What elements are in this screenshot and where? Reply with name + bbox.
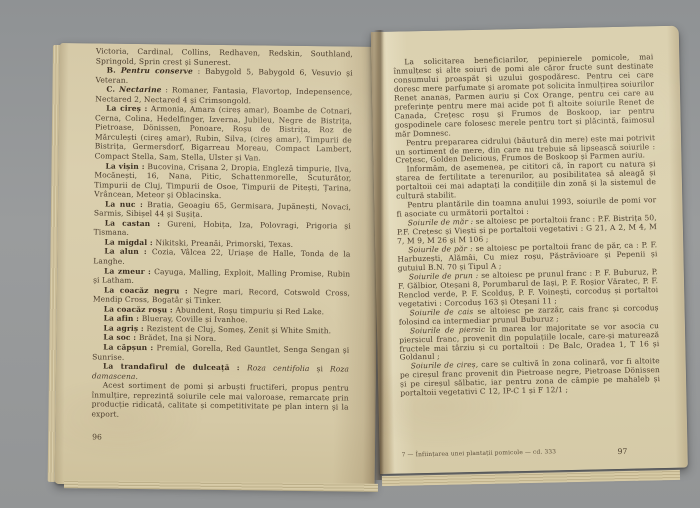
text-segment: La coacăz roșu : xyxy=(104,304,176,314)
text-segment: La căpșun : xyxy=(103,343,156,353)
text-segment: La migdal : xyxy=(105,237,156,247)
text-segment: Nectarine xyxy=(119,85,162,95)
text-segment: B. xyxy=(107,66,121,75)
right-page: La solicitarea beneficiarilor, pepiniere… xyxy=(371,26,688,474)
text-segment: La zmeur : xyxy=(104,266,154,276)
text-segment: La alun : xyxy=(104,247,151,257)
text-segment: Acest sortiment de pomi și arbuști fruct… xyxy=(91,381,348,419)
paragraph: Soiurile de cireș, care se cultivă în zo… xyxy=(400,358,661,399)
text-segment: La solicitarea beneficiarilor, pepiniere… xyxy=(393,52,654,138)
text-segment: La coacăz negru : xyxy=(104,285,193,295)
text-segment: Brădet, Ina și Nora. xyxy=(139,333,216,343)
text-segment: Victoria, Cardinal, Collins, Redhaven, R… xyxy=(96,46,353,66)
footer-note: 7 — Înființarea unei plantații pomicole … xyxy=(402,449,557,458)
left-page-text-column: Victoria, Cardinal, Collins, Redhaven, R… xyxy=(91,46,353,421)
left-page: Victoria, Cardinal, Collins, Redhaven, R… xyxy=(55,43,380,488)
paragraph: La solicitarea beneficiarilor, pepiniere… xyxy=(393,53,655,139)
text-segment: : xyxy=(193,67,205,76)
book-scan: Victoria, Cardinal, Collins, Redhaven, R… xyxy=(0,0,700,508)
stacked-page-edges-left xyxy=(48,45,60,482)
page-number-right: 97 xyxy=(617,447,627,456)
paragraph: La cireș : Armonia, Amara (cireș amar), … xyxy=(95,104,353,164)
text-segment: La vișin : xyxy=(105,161,147,171)
text-segment: La castan : xyxy=(105,218,168,228)
text-segment: La soc : xyxy=(103,333,139,342)
paragraph: Acest sortiment de pomi și arbuști fruct… xyxy=(91,381,348,422)
text-segment: Roza centifolia xyxy=(247,363,310,373)
paragraph: La vișin : Bucovina, Crișana 2, Dropia, … xyxy=(94,161,351,202)
right-page-text-column: La solicitarea beneficiarilor, pepiniere… xyxy=(393,53,660,399)
text-segment: C. xyxy=(106,85,119,94)
page-number-left: 96 xyxy=(92,432,102,441)
text-segment: Informăm, de asemenea, pe cititori că, î… xyxy=(396,160,656,201)
text-segment: La cireș : xyxy=(106,104,151,114)
text-segment: La afin : xyxy=(104,314,142,323)
text-segment: La nuc : xyxy=(105,199,147,209)
text-segment: : xyxy=(162,85,172,94)
text-segment: Pentru conserve xyxy=(121,66,193,76)
text-segment: Armonia, Amara (cireș amar), Boambe de C… xyxy=(95,104,353,162)
text-segment: La agriș : xyxy=(103,323,146,333)
text-segment: și xyxy=(309,364,330,373)
